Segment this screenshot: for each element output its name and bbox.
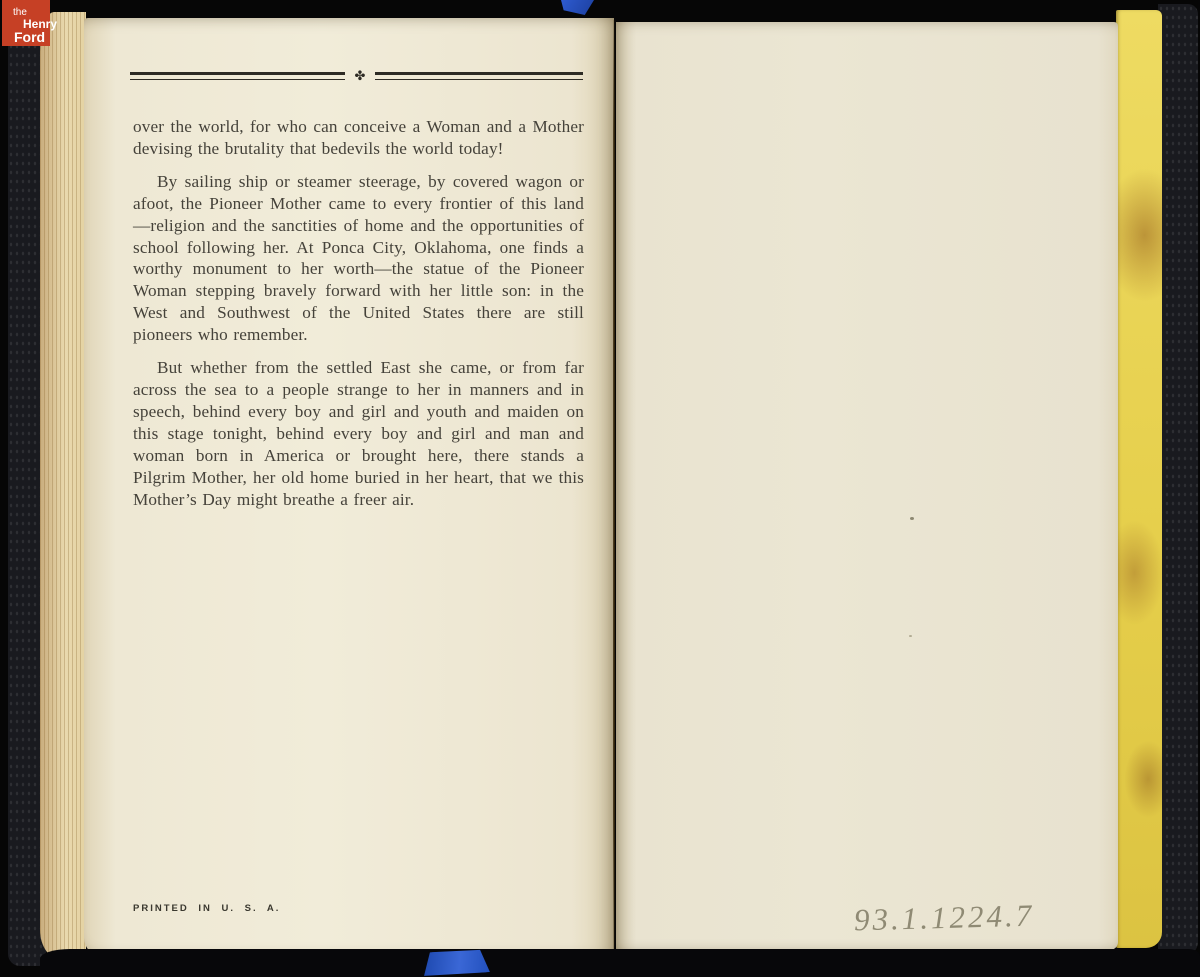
book-photo: ✤ over the world, for who can conceive a… xyxy=(0,0,1200,977)
header-rule: ✤ xyxy=(130,70,583,82)
book-bottom-edge xyxy=(40,949,1200,977)
page-text: over the world, for who can conceive a W… xyxy=(133,116,584,521)
header-rule-left xyxy=(130,72,345,80)
paragraph: By sailing ship or steamer steerage, by … xyxy=(133,171,584,346)
endpaper-edge-right xyxy=(1116,10,1162,948)
printer-mark: PRINTED IN U. S. A. xyxy=(133,903,280,914)
paragraph: over the world, for who can conceive a W… xyxy=(133,116,584,160)
fleuron-ornament-icon: ✤ xyxy=(345,70,375,82)
paper-speck xyxy=(910,517,914,520)
book-cover-right xyxy=(1158,4,1198,956)
paper-speck xyxy=(909,635,912,637)
page-edges-left xyxy=(40,12,86,960)
book-gutter xyxy=(613,20,615,952)
ribbon-bookmark-top xyxy=(561,0,594,15)
henry-ford-logo: the Henry Ford xyxy=(2,0,50,46)
right-page: 93.1.1224.7 xyxy=(616,22,1118,950)
header-rule-right xyxy=(375,72,583,80)
paragraph: But whether from the settled East she ca… xyxy=(133,357,584,510)
accession-number: 93.1.1224.7 xyxy=(854,898,1035,939)
left-page: ✤ over the world, for who can conceive a… xyxy=(84,18,614,956)
logo-word-ford: Ford xyxy=(14,29,45,45)
